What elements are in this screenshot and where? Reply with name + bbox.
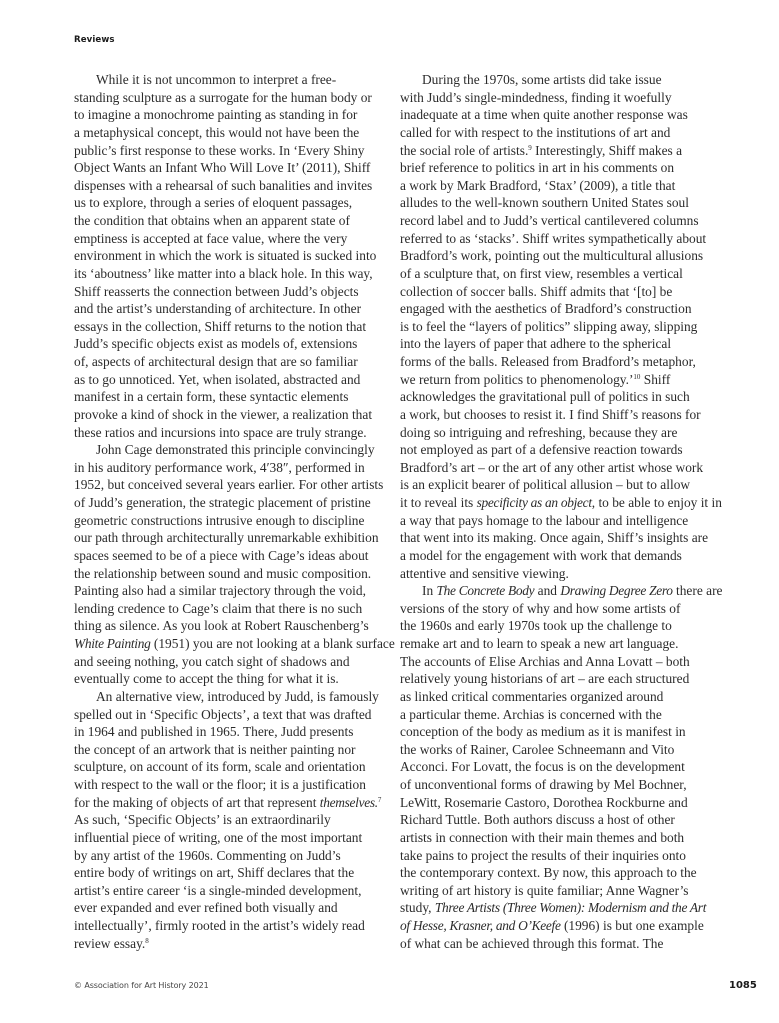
text-run: remake art and to learn to speak a new a… bbox=[400, 636, 678, 651]
text-line: by any artist of the 1960s. Commenting o… bbox=[74, 847, 384, 865]
text-line: remake art and to learn to speak a new a… bbox=[400, 635, 720, 653]
text-line: alludes to the well-known southern Unite… bbox=[400, 194, 720, 212]
text-line: its ‘aboutness’ like matter into a black… bbox=[74, 265, 384, 283]
text-run: sculpture, on account of its form, scale… bbox=[74, 759, 366, 774]
text-run: doing so intriguing and refreshing, beca… bbox=[400, 425, 677, 440]
text-run: eventually come to accept the thing for … bbox=[74, 671, 339, 686]
text-line: sculpture, on account of its form, scale… bbox=[74, 758, 384, 776]
text-line: The accounts of Elise Archias and Anna L… bbox=[400, 653, 720, 671]
text-line: entire body of writings on art, Shiff de… bbox=[74, 864, 384, 882]
text-run: The accounts of Elise Archias and Anna L… bbox=[400, 654, 690, 669]
text-run: conception of the body as medium as it i… bbox=[400, 724, 686, 739]
text-line: 1952, but conceived several years earlie… bbox=[74, 476, 384, 494]
text-run: acknowledges the gravitational pull of p… bbox=[400, 389, 690, 404]
text-run: and bbox=[534, 583, 560, 598]
italic-title: of Hesse, Krasner, and O’Keefe bbox=[400, 918, 561, 933]
text-run: called for with respect to the instituti… bbox=[400, 125, 670, 140]
text-line: provoke a kind of shock in the viewer, a… bbox=[74, 406, 384, 424]
text-line: emptiness is accepted at face value, whe… bbox=[74, 230, 384, 248]
text-run: thing as silence. As you look at Robert … bbox=[74, 618, 369, 633]
text-run: take pains to project the results of the… bbox=[400, 848, 686, 863]
text-run: (1951) you are not looking at a blank su… bbox=[151, 636, 395, 651]
text-run: a way that pays homage to the labour and… bbox=[400, 513, 688, 528]
text-line: the concept of an artwork that is neithe… bbox=[74, 741, 384, 759]
text-line: that went into its making. Once again, S… bbox=[400, 529, 720, 547]
text-run: us to explore, through a series of eloqu… bbox=[74, 195, 352, 210]
text-run: engaged with the aesthetics of Bradford’… bbox=[400, 301, 692, 316]
footnote-ref: 7 bbox=[378, 796, 382, 804]
text-run: artists in connection with their main th… bbox=[400, 830, 684, 845]
text-run: with respect to the wall or the floor; i… bbox=[74, 777, 366, 792]
text-run: As such, ‘Specific Objects’ is an extrao… bbox=[74, 812, 331, 827]
text-line: in 1964 and published in 1965. There, Ju… bbox=[74, 723, 384, 741]
left-column: While it is not uncommon to interpret a … bbox=[74, 71, 384, 952]
text-run: (1996) is but one example bbox=[561, 918, 704, 933]
text-line: standing sculpture as a surrogate for th… bbox=[74, 89, 384, 107]
text-line: Object Wants an Infant Who Will Love It’… bbox=[74, 159, 384, 177]
text-line: and the artist’s understanding of archit… bbox=[74, 300, 384, 318]
text-run: and seeing nothing, you catch sight of s… bbox=[74, 654, 350, 669]
document-page: Reviews While it is not uncommon to inte… bbox=[0, 0, 779, 1023]
text-run: relatively young historians of art – are… bbox=[400, 671, 689, 686]
text-run: versions of the story of why and how som… bbox=[400, 601, 680, 616]
text-line: our path through architecturally unremar… bbox=[74, 529, 384, 547]
text-line: us to explore, through a series of eloqu… bbox=[74, 194, 384, 212]
text-run: to imagine a monochrome painting as stan… bbox=[74, 107, 357, 122]
text-run: the contemporary context. By now, this a… bbox=[400, 865, 697, 880]
text-line: brief reference to politics in art in hi… bbox=[400, 159, 720, 177]
text-run: entire body of writings on art, Shiff de… bbox=[74, 865, 354, 880]
text-run: in 1964 and published in 1965. There, Ju… bbox=[74, 724, 353, 739]
text-run: Interestingly, Shiff makes a bbox=[532, 143, 682, 158]
text-line: a way that pays homage to the labour and… bbox=[400, 512, 720, 530]
text-line: artists in connection with their main th… bbox=[400, 829, 720, 847]
text-line: Acconci. For Lovatt, the focus is on the… bbox=[400, 758, 720, 776]
text-line: with respect to the wall or the floor; i… bbox=[74, 776, 384, 794]
text-line: the social role of artists.9 Interesting… bbox=[400, 142, 720, 160]
text-line: acknowledges the gravitational pull of p… bbox=[400, 388, 720, 406]
text-run: is an explicit bearer of political allus… bbox=[400, 477, 690, 492]
text-run: spelled out in ‘Specific Objects’, a tex… bbox=[74, 707, 371, 722]
text-line: in his auditory performance work, 4′38″,… bbox=[74, 459, 384, 477]
copyright-notice: © Association for Art History 2021 bbox=[74, 981, 209, 990]
text-line: geometric constructions intrusive enough… bbox=[74, 512, 384, 530]
text-line: relatively young historians of art – are… bbox=[400, 670, 720, 688]
text-run: the works of Rainer, Carolee Schneemann … bbox=[400, 742, 674, 757]
text-line: attentive and sensitive viewing. bbox=[400, 565, 720, 583]
text-line: John Cage demonstrated this principle co… bbox=[74, 441, 384, 459]
text-line: it to reveal its specificity as an objec… bbox=[400, 494, 720, 512]
italic-title: Three Artists (Three Women): Modernism a… bbox=[435, 900, 706, 915]
text-run: these ratios and incursions into space a… bbox=[74, 425, 367, 440]
text-run: into the layers of paper that adhere to … bbox=[400, 336, 671, 351]
text-run: influential piece of writing, one of the… bbox=[74, 830, 362, 845]
text-line: doing so intriguing and refreshing, beca… bbox=[400, 424, 720, 442]
text-line: a work, but chooses to resist it. I find… bbox=[400, 406, 720, 424]
text-line: record label and to Judd’s vertical cant… bbox=[400, 212, 720, 230]
text-run: that went into its making. Once again, S… bbox=[400, 530, 708, 545]
text-run: lending credence to Cage’s claim that th… bbox=[74, 601, 362, 616]
text-run: a work by Mark Bradford, ‘Stax’ (2009), … bbox=[400, 178, 675, 193]
italic-title: The Concrete Body bbox=[437, 583, 535, 598]
text-run: of what can be achieved through this for… bbox=[400, 936, 663, 951]
text-line: is an explicit bearer of political allus… bbox=[400, 476, 720, 494]
text-line: writing of art history is quite familiar… bbox=[400, 882, 720, 900]
text-line: a particular theme. Archias is concerned… bbox=[400, 706, 720, 724]
text-line: public’s first response to these works. … bbox=[74, 142, 384, 160]
text-line: for the making of objects of art that re… bbox=[74, 794, 384, 812]
text-line: An alternative view, introduced by Judd,… bbox=[74, 688, 384, 706]
text-line: called for with respect to the instituti… bbox=[400, 124, 720, 142]
text-line: spaces seemed to be of a piece with Cage… bbox=[74, 547, 384, 565]
text-run: inadequate at a time when quite another … bbox=[400, 107, 688, 122]
text-line: collection of soccer balls. Shiff admits… bbox=[400, 283, 720, 301]
text-run: by any artist of the 1960s. Commenting o… bbox=[74, 848, 341, 863]
italic-title: themselves. bbox=[320, 795, 378, 810]
text-line: the condition that obtains when an appar… bbox=[74, 212, 384, 230]
text-line: inadequate at a time when quite another … bbox=[400, 106, 720, 124]
text-run: During the 1970s, some artists did take … bbox=[422, 72, 662, 87]
text-run: emptiness is accepted at face value, whe… bbox=[74, 231, 347, 246]
text-line: of Hesse, Krasner, and O’Keefe (1996) is… bbox=[400, 917, 720, 935]
text-run: there are bbox=[673, 583, 723, 598]
text-run: environment in which the work is situate… bbox=[74, 248, 376, 263]
text-run: it to reveal its bbox=[400, 495, 477, 510]
text-line: is to feel the “layers of politics” slip… bbox=[400, 318, 720, 336]
text-line: While it is not uncommon to interpret a … bbox=[74, 71, 384, 89]
text-run: in his auditory performance work, 4′38″,… bbox=[74, 460, 365, 475]
text-run: Object Wants an Infant Who Will Love It’… bbox=[74, 160, 370, 175]
text-line: ever expanded and ever refined both visu… bbox=[74, 899, 384, 917]
text-line: essays in the collection, Shiff returns … bbox=[74, 318, 384, 336]
text-run: the 1960s and early 1970s took up the ch… bbox=[400, 618, 672, 633]
text-line: White Painting (1951) you are not lookin… bbox=[74, 635, 384, 653]
text-line: as to go unnoticed. Yet, when isolated, … bbox=[74, 371, 384, 389]
text-run: Shiff reasserts the connection between J… bbox=[74, 284, 359, 299]
text-line: Bradford’s art – or the art of any other… bbox=[400, 459, 720, 477]
text-line: we return from politics to phenomenology… bbox=[400, 371, 720, 389]
text-run: not employed as part of a defensive reac… bbox=[400, 442, 683, 457]
text-run: 1952, but conceived several years earlie… bbox=[74, 477, 383, 492]
text-line: conception of the body as medium as it i… bbox=[400, 723, 720, 741]
text-run: for the making of objects of art that re… bbox=[74, 795, 320, 810]
text-run: of unconventional forms of drawing by Me… bbox=[400, 777, 687, 792]
text-run: geometric constructions intrusive enough… bbox=[74, 513, 364, 528]
text-run: a metaphysical concept, this would not h… bbox=[74, 125, 359, 140]
text-run: dispenses with a rehearsal of such banal… bbox=[74, 178, 372, 193]
text-run: of Judd’s generation, the strategic plac… bbox=[74, 495, 371, 510]
text-run: study, bbox=[400, 900, 435, 915]
text-line: thing as silence. As you look at Robert … bbox=[74, 617, 384, 635]
text-line: spelled out in ‘Specific Objects’, a tex… bbox=[74, 706, 384, 724]
text-line: versions of the story of why and how som… bbox=[400, 600, 720, 618]
text-run: collection of soccer balls. Shiff admits… bbox=[400, 284, 672, 299]
text-line: engaged with the aesthetics of Bradford’… bbox=[400, 300, 720, 318]
text-line: LeWitt, Rosemarie Castoro, Dorothea Rock… bbox=[400, 794, 720, 812]
italic-title: specificity as an object bbox=[477, 495, 592, 510]
text-run: manifest in a certain form, these syntac… bbox=[74, 389, 348, 404]
text-run: is to feel the “layers of politics” slip… bbox=[400, 319, 697, 334]
text-run: artist’s entire career ‘is a single-mind… bbox=[74, 883, 361, 898]
text-line: the works of Rainer, Carolee Schneemann … bbox=[400, 741, 720, 759]
text-run: brief reference to politics in art in hi… bbox=[400, 160, 674, 175]
text-run: provoke a kind of shock in the viewer, a… bbox=[74, 407, 372, 422]
text-run: public’s first response to these works. … bbox=[74, 143, 364, 158]
text-line: a model for the engagement with work tha… bbox=[400, 547, 720, 565]
text-run: review essay. bbox=[74, 936, 145, 951]
text-line: Judd’s specific objects exist as models … bbox=[74, 335, 384, 353]
text-line: a work by Mark Bradford, ‘Stax’ (2009), … bbox=[400, 177, 720, 195]
text-run: forms of the balls. Released from Bradfo… bbox=[400, 354, 696, 369]
text-line: Shiff reasserts the connection between J… bbox=[74, 283, 384, 301]
text-run: attentive and sensitive viewing. bbox=[400, 566, 569, 581]
text-line: Richard Tuttle. Both authors discuss a h… bbox=[400, 811, 720, 829]
text-run: and the artist’s understanding of archit… bbox=[74, 301, 361, 316]
text-line: not employed as part of a defensive reac… bbox=[400, 441, 720, 459]
text-run: we return from politics to phenomenology… bbox=[400, 372, 633, 387]
italic-title: Drawing Degree Zero bbox=[560, 583, 672, 598]
text-run: An alternative view, introduced by Judd,… bbox=[96, 689, 379, 704]
text-run: essays in the collection, Shiff returns … bbox=[74, 319, 366, 334]
text-line: with Judd’s single-mindedness, finding i… bbox=[400, 89, 720, 107]
text-line: a metaphysical concept, this would not h… bbox=[74, 124, 384, 142]
text-line: artist’s entire career ‘is a single-mind… bbox=[74, 882, 384, 900]
text-run: , to be able to enjoy it in bbox=[592, 495, 722, 510]
text-line: referred to as ‘stacks’. Shiff writes sy… bbox=[400, 230, 720, 248]
text-run: as to go unnoticed. Yet, when isolated, … bbox=[74, 372, 360, 387]
text-run: of a sculpture that, on first view, rese… bbox=[400, 266, 683, 281]
running-head: Reviews bbox=[74, 35, 115, 45]
text-line: dispenses with a rehearsal of such banal… bbox=[74, 177, 384, 195]
italic-title: White Painting bbox=[74, 636, 151, 651]
text-run: a model for the engagement with work tha… bbox=[400, 548, 682, 563]
text-line: and seeing nothing, you catch sight of s… bbox=[74, 653, 384, 671]
text-run: standing sculpture as a surrogate for th… bbox=[74, 90, 372, 105]
text-line: intellectually’, firmly rooted in the ar… bbox=[74, 917, 384, 935]
text-line: of Judd’s generation, the strategic plac… bbox=[74, 494, 384, 512]
text-line: In The Concrete Body and Drawing Degree … bbox=[400, 582, 720, 600]
text-line: of, aspects of architectural design that… bbox=[74, 353, 384, 371]
text-line: study, Three Artists (Three Women): Mode… bbox=[400, 899, 720, 917]
page-number: 1085 bbox=[729, 980, 757, 991]
text-line: into the layers of paper that adhere to … bbox=[400, 335, 720, 353]
text-run: Shiff bbox=[640, 372, 670, 387]
text-run: the relationship between sound and music… bbox=[74, 566, 371, 581]
footnote-ref: 8 bbox=[145, 937, 149, 945]
text-line: Painting also had a similar trajectory t… bbox=[74, 582, 384, 600]
text-run: Bradford’s work, pointing out the multic… bbox=[400, 248, 703, 263]
text-line: of what can be achieved through this for… bbox=[400, 935, 720, 953]
text-run: its ‘aboutness’ like matter into a black… bbox=[74, 266, 373, 281]
text-run: the condition that obtains when an appar… bbox=[74, 213, 350, 228]
text-line: the 1960s and early 1970s took up the ch… bbox=[400, 617, 720, 635]
text-run: writing of art history is quite familiar… bbox=[400, 883, 689, 898]
text-line: During the 1970s, some artists did take … bbox=[400, 71, 720, 89]
text-run: of, aspects of architectural design that… bbox=[74, 354, 358, 369]
text-line: as linked critical commentaries organize… bbox=[400, 688, 720, 706]
text-run: spaces seemed to be of a piece with Cage… bbox=[74, 548, 369, 563]
text-line: eventually come to accept the thing for … bbox=[74, 670, 384, 688]
text-run: In bbox=[422, 583, 437, 598]
text-run: record label and to Judd’s vertical cant… bbox=[400, 213, 699, 228]
text-line: manifest in a certain form, these syntac… bbox=[74, 388, 384, 406]
text-run: with Judd’s single-mindedness, finding i… bbox=[400, 90, 672, 105]
text-line: environment in which the work is situate… bbox=[74, 247, 384, 265]
text-line: lending credence to Cage’s claim that th… bbox=[74, 600, 384, 618]
text-run: alludes to the well-known southern Unite… bbox=[400, 195, 689, 210]
text-line: review essay.8 bbox=[74, 935, 384, 953]
right-column: During the 1970s, some artists did take … bbox=[400, 71, 720, 952]
text-run: a work, but chooses to resist it. I find… bbox=[400, 407, 701, 422]
text-run: Judd’s specific objects exist as models … bbox=[74, 336, 357, 351]
text-run: our path through architecturally unremar… bbox=[74, 530, 379, 545]
text-line: take pains to project the results of the… bbox=[400, 847, 720, 865]
text-line: As such, ‘Specific Objects’ is an extrao… bbox=[74, 811, 384, 829]
text-run: intellectually’, firmly rooted in the ar… bbox=[74, 918, 365, 933]
text-run: the social role of artists. bbox=[400, 143, 528, 158]
text-run: Painting also had a similar trajectory t… bbox=[74, 583, 366, 598]
text-run: LeWitt, Rosemarie Castoro, Dorothea Rock… bbox=[400, 795, 688, 810]
text-line: of unconventional forms of drawing by Me… bbox=[400, 776, 720, 794]
text-line: influential piece of writing, one of the… bbox=[74, 829, 384, 847]
text-run: referred to as ‘stacks’. Shiff writes sy… bbox=[400, 231, 706, 246]
text-line: to imagine a monochrome painting as stan… bbox=[74, 106, 384, 124]
text-line: forms of the balls. Released from Bradfo… bbox=[400, 353, 720, 371]
text-line: of a sculpture that, on first view, rese… bbox=[400, 265, 720, 283]
text-run: John Cage demonstrated this principle co… bbox=[96, 442, 375, 457]
text-run: Richard Tuttle. Both authors discuss a h… bbox=[400, 812, 675, 827]
text-line: these ratios and incursions into space a… bbox=[74, 424, 384, 442]
text-line: the relationship between sound and music… bbox=[74, 565, 384, 583]
text-run: as linked critical commentaries organize… bbox=[400, 689, 663, 704]
text-run: ever expanded and ever refined both visu… bbox=[74, 900, 338, 915]
text-line: Bradford’s work, pointing out the multic… bbox=[400, 247, 720, 265]
text-run: While it is not uncommon to interpret a … bbox=[96, 72, 336, 87]
text-line: the contemporary context. By now, this a… bbox=[400, 864, 720, 882]
text-run: Acconci. For Lovatt, the focus is on the… bbox=[400, 759, 685, 774]
text-run: the concept of an artwork that is neithe… bbox=[74, 742, 356, 757]
text-run: Bradford’s art – or the art of any other… bbox=[400, 460, 703, 475]
text-run: a particular theme. Archias is concerned… bbox=[400, 707, 662, 722]
